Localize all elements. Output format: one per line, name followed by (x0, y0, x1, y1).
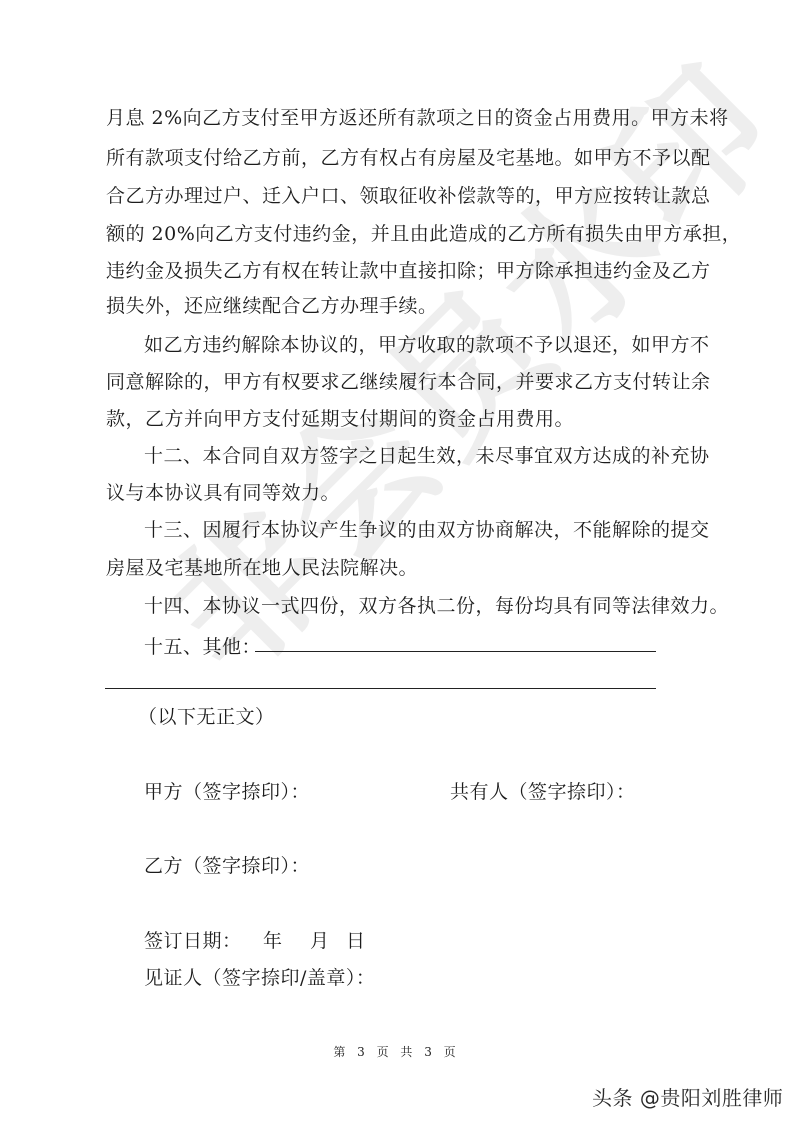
paragraph-line: 同意解除的，甲方有权要求乙继续履行本合同，并要求乙方支付转让余 (106, 370, 666, 394)
paragraph-line: 额的 20%向乙方支付违约金，并且由此造成的乙方所有损失由甲方承担， (106, 222, 666, 246)
clause-12-line: 十二、本合同自双方签字之日起生效，未尽事宜双方达成的补充协 (144, 444, 704, 468)
paragraph-line: 所有款项支付给乙方前，乙方有权占有房屋及宅基地。如甲方不予以配 (106, 146, 666, 170)
paragraph-line: 款，乙方并向甲方支付延期支付期间的资金占用费用。 (106, 407, 666, 431)
co-owner-signature-label: 共有人（签字捺印）： (450, 780, 636, 804)
date-month-label: 月 (310, 929, 330, 953)
author-branding: 头条 @贵阳刘胜律师 (592, 1082, 783, 1111)
paragraph-line: 合乙方办理过户、迁入户口、领取征收补偿款等的，甲方应按转让款总 (106, 184, 666, 208)
date-year-label: 年 (263, 929, 283, 953)
clause-13-line: 十三、因履行本协议产生争议的由双方协商解决，不能解除的提交 (144, 518, 704, 542)
clause-12-line: 议与本协议具有同等效力。 (106, 481, 666, 505)
paragraph-line: 如乙方违约解除本协议的，甲方收取的款项不予以退还，如甲方不 (144, 333, 704, 357)
clause-13-line: 房屋及宅基地所在地人民法院解决。 (106, 556, 666, 580)
party-b-signature-label: 乙方（签字捺印）： (144, 854, 310, 878)
clause-15-blank-line-2 (105, 688, 656, 689)
end-note: （以下无正文） (138, 705, 698, 729)
date-day-label: 日 (346, 929, 366, 953)
page-number: 第 3 页 共 3 页 (0, 1043, 793, 1060)
paragraph-line: 损失外，还应继续配合乙方办理手续。 (106, 294, 666, 318)
signing-date-label: 签订日期： (144, 929, 242, 953)
paragraph-line: 违约金及损失乙方有权在转让款中直接扣除；甲方除承担违约金及乙方 (106, 259, 666, 283)
paragraph-line: 月息 2%向乙方支付至甲方返还所有款项之日的资金占用费用。甲方未将 (106, 106, 666, 130)
party-a-signature-label: 甲方（签字捺印）： (144, 780, 310, 804)
document-page: 非会员水印 月息 2%向乙方支付至甲方返还所有款项之日的资金占用费用。甲方未将 … (0, 0, 793, 1122)
clause-14-line: 十四、本协议一式四份，双方各执二份，每份均具有同等法律效力。 (144, 594, 704, 618)
witness-signature-label: 见证人（签字捺印/盖章）： (144, 966, 375, 990)
clause-15-blank-line (255, 651, 656, 652)
clause-15-label: 十五、其他： (144, 635, 704, 659)
